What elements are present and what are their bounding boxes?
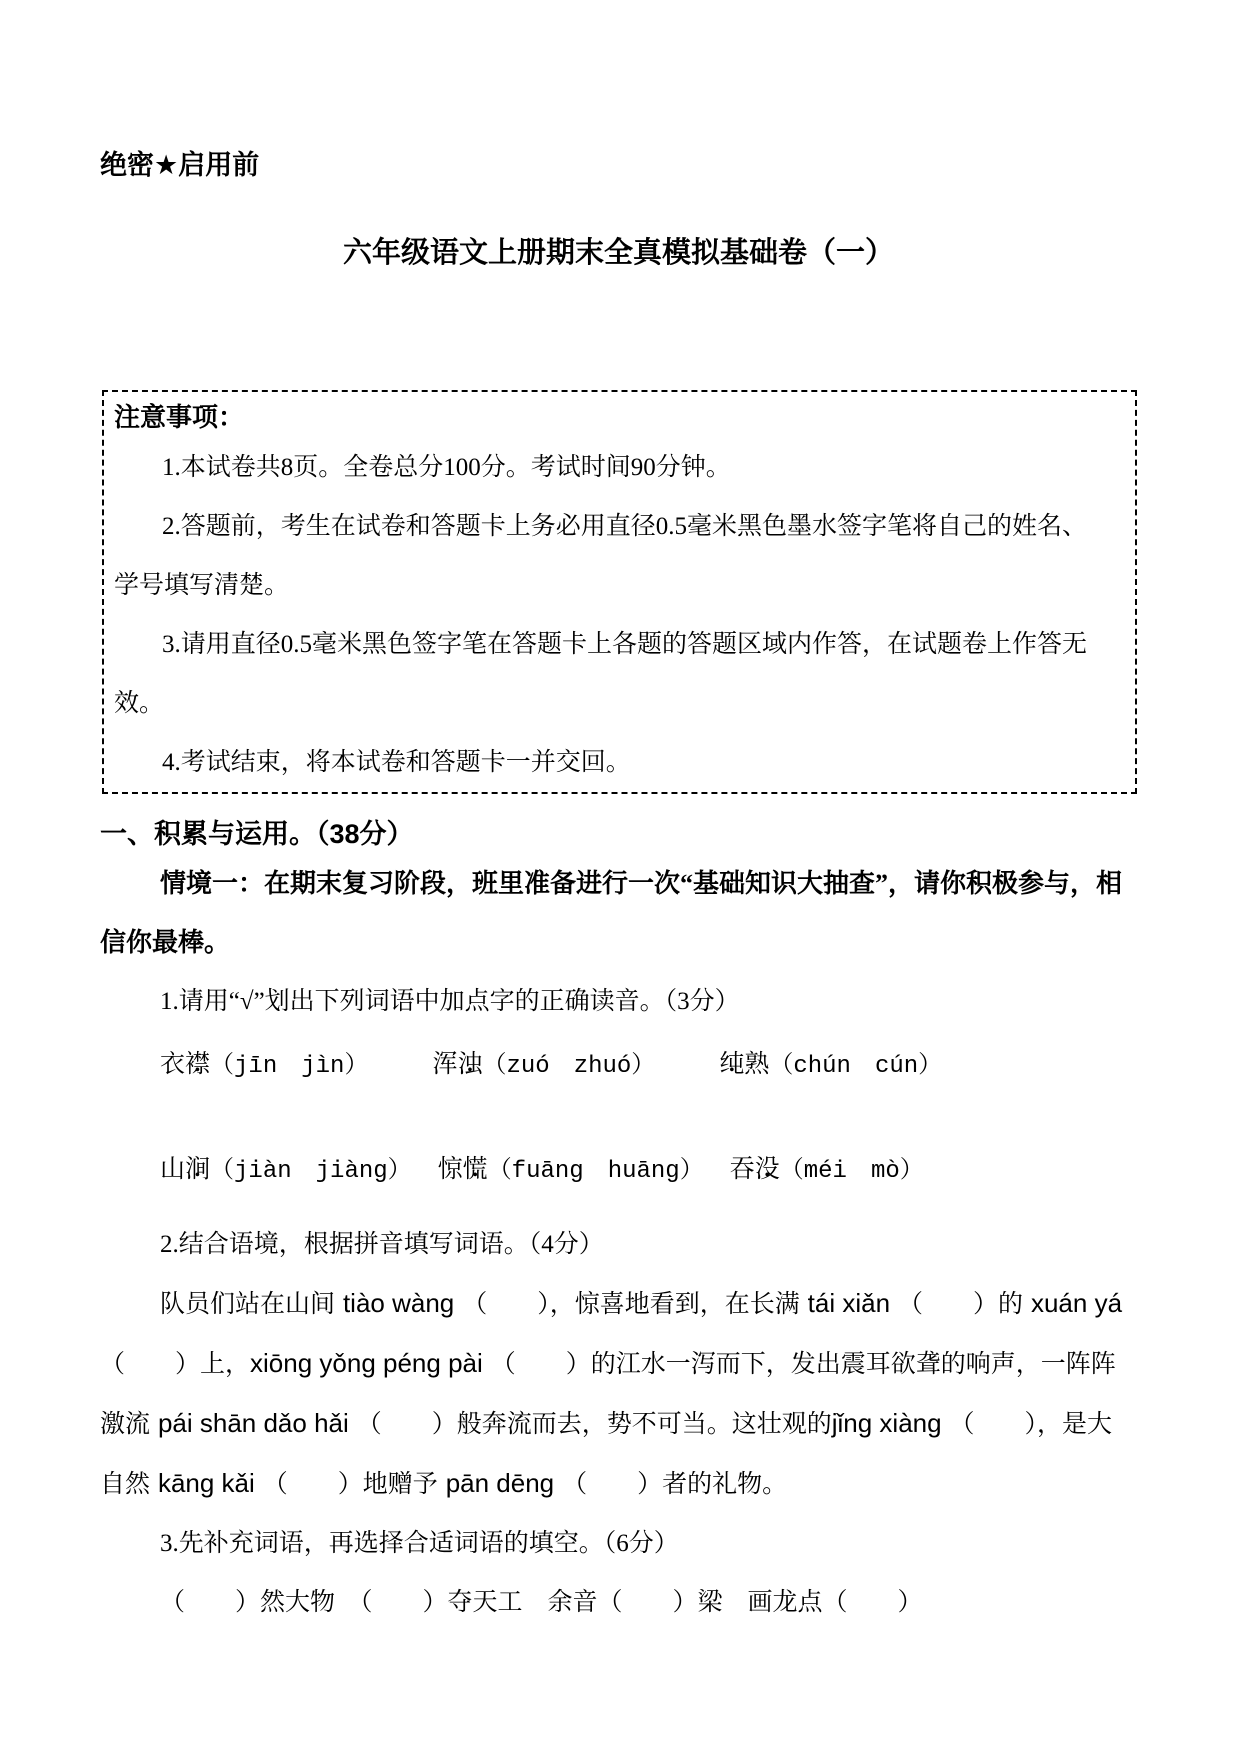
dotted-character: 襟 [185, 1051, 210, 1078]
character: 熟 [744, 1051, 769, 1078]
character: 衣 [160, 1051, 185, 1078]
word-group: 吞没（méi mò） [730, 1156, 924, 1183]
chinese-text: （ ）的江水一泻而下，发出震耳欲聋的响声，一阵阵 [483, 1349, 1116, 1378]
word: 衣襟 [160, 1051, 210, 1078]
word-group: 山涧（jiàn jiàng） [160, 1156, 412, 1183]
notice-line: 4.考试结束，将本试卷和答题卡一并交回。 [114, 733, 1123, 792]
word-row: 衣襟（jīn jìn）浑浊（zuó zhuó）纯熟（chún cún） [100, 1035, 1137, 1096]
page-title: 六年级语文上册期末全真模拟基础卷（一） [100, 234, 1137, 272]
pinyin-text: kāng kǎi [158, 1468, 255, 1498]
notice-line: 3.请用直径0.5毫米黑色签字笔在答题卡上各题的答题区域内作答，在试题卷上作答无 [114, 615, 1123, 674]
question-2-paragraph: 队员们站在山间 tiào wàng （ ），惊喜地看到，在长满 tái xiǎn… [100, 1274, 1137, 1514]
notice-line: 效。 [114, 674, 1123, 733]
chinese-text: （ ）上， [100, 1349, 250, 1378]
word: 浑浊 [432, 1051, 482, 1078]
notice-heading: 注意事项： [114, 396, 1123, 438]
chinese-text: （ ）者的礼物。 [554, 1469, 787, 1498]
word: 吞没 [730, 1156, 780, 1183]
pinyin-options: （chún cún） [769, 1053, 942, 1080]
word-group: 惊慌（fuāng huāng） [438, 1156, 704, 1183]
scenario-line: 信你最棒。 [100, 913, 1137, 972]
question-3-stem: 3.先补充词语，再选择合适词语的填空。（6分） [100, 1514, 1137, 1573]
word: 山涧 [160, 1156, 210, 1183]
question-2-stem: 2.结合语境，根据拼音填写词语。（4分） [100, 1215, 1137, 1274]
notice-lines: 1.本试卷共8页。全卷总分100分。考试时间90分钟。2.答题前，考生在试卷和答… [114, 438, 1123, 792]
chinese-text: （ ），惊喜地看到，在长满 [454, 1289, 807, 1318]
character: 浑 [432, 1051, 457, 1078]
word-group: 衣襟（jīn jìn） [160, 1051, 368, 1078]
pinyin-fill-line: 激流 pái shān dǎo hǎi （ ）般奔流而去，势不可当。这壮观的jǐ… [100, 1394, 1137, 1454]
pinyin-options: （jīn jìn） [210, 1053, 368, 1080]
word-group: 浑浊（zuó zhuó） [432, 1051, 655, 1078]
notice-line: 学号填写清楚。 [114, 556, 1123, 615]
section-1-heading: 一、积累与运用。（38分） [100, 814, 1137, 854]
chinese-text: （ ），是大 [942, 1409, 1112, 1438]
chinese-text: （ ）地赠予 [255, 1469, 446, 1498]
character: 惊 [438, 1156, 463, 1183]
dotted-character: 浊 [457, 1051, 482, 1078]
pinyin-text: jǐng xiàng [832, 1408, 942, 1438]
dotted-character: 慌 [463, 1156, 488, 1183]
scenario-line: 情境一：在期末复习阶段，班里准备进行一次“基础知识大抽查”，请你积极参与，相 [100, 854, 1137, 913]
chinese-text: 激流 [100, 1409, 158, 1438]
chinese-text: （ ）的 [890, 1289, 1031, 1318]
pinyin-options: （zuó zhuó） [482, 1053, 655, 1080]
character: 山 [160, 1156, 185, 1183]
pinyin-text: pái shān dǎo hǎi [158, 1408, 349, 1438]
pinyin-fill-line: 自然 kāng kǎi （ ）地赠予 pān dēng （ ）者的礼物。 [100, 1454, 1137, 1514]
dotted-character: 纯 [719, 1051, 744, 1078]
question-1-word-rows: 衣襟（jīn jìn）浑浊（zuó zhuó）纯熟（chún cún）山涧（ji… [100, 1035, 1137, 1201]
pinyin-text: xiōng yǒng péng pài [250, 1348, 483, 1378]
notice-line: 2.答题前，考生在试卷和答题卡上务必用直径0.5毫米黑色墨水签字笔将自己的姓名、 [114, 497, 1123, 556]
pinyin-text: tiào wàng [343, 1288, 454, 1318]
pinyin-fill-line: （ ）上，xiōng yǒng péng pài （ ）的江水一泻而下，发出震耳… [100, 1334, 1137, 1394]
word-group: 纯熟（chún cún） [719, 1051, 942, 1078]
pinyin-options: （fuāng huāng） [488, 1158, 704, 1185]
exam-paper-page: 绝密★启用前 六年级语文上册期末全真模拟基础卷（一） 注意事项： 1.本试卷共8… [0, 0, 1241, 1754]
scenario-text: 情境一：在期末复习阶段，班里准备进行一次“基础知识大抽查”，请你积极参与，相信你… [100, 854, 1137, 972]
notice-box: 注意事项： 1.本试卷共8页。全卷总分100分。考试时间90分钟。2.答题前，考… [102, 390, 1137, 794]
dotted-character: 没 [755, 1156, 780, 1183]
question-3-blanks-line: （ ）然大物 （ ）夺天工 余音（ ）梁 画龙点（ ） [100, 1573, 1137, 1632]
chinese-text: （ ）般奔流而去，势不可当。这壮观的 [349, 1409, 832, 1438]
word-row: 山涧（jiàn jiàng）惊慌（fuāng huāng）吞没（méi mò） [100, 1140, 1137, 1201]
question-1-stem: 1.请用“√”划出下列词语中加点字的正确读音。（3分） [100, 972, 1137, 1031]
pinyin-options: （méi mò） [780, 1158, 924, 1185]
pinyin-text: tái xiǎn [808, 1288, 890, 1318]
chinese-text: 自然 [100, 1469, 158, 1498]
notice-line: 1.本试卷共8页。全卷总分100分。考试时间90分钟。 [114, 438, 1123, 497]
classification-label: 绝密★启用前 [100, 148, 1241, 182]
pinyin-text: xuán yá [1031, 1288, 1122, 1318]
character: 吞 [730, 1156, 755, 1183]
dotted-character: 涧 [185, 1156, 210, 1183]
chinese-text: 队员们站在山间 [160, 1289, 343, 1318]
section-1: 一、积累与运用。（38分） 情境一：在期末复习阶段，班里准备进行一次“基础知识大… [100, 814, 1137, 1632]
pinyin-options: （jiàn jiàng） [210, 1158, 412, 1185]
pinyin-fill-line: 队员们站在山间 tiào wàng （ ），惊喜地看到，在长满 tái xiǎn… [100, 1274, 1137, 1334]
word: 惊慌 [438, 1156, 488, 1183]
pinyin-text: pān dēng [446, 1468, 554, 1498]
word: 纯熟 [719, 1051, 769, 1078]
